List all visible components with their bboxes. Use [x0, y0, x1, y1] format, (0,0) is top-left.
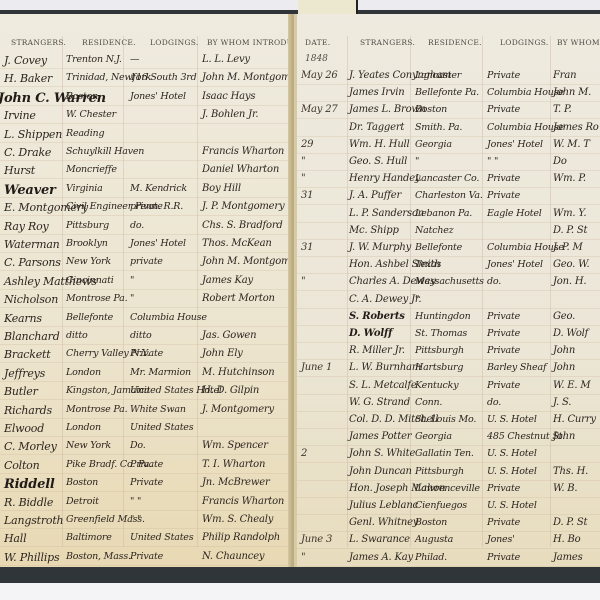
row-rule [0, 565, 292, 566]
row-rule [0, 289, 292, 290]
guest-name: R. Biddle [4, 496, 53, 509]
guest-introduced-by: Francis Wharton [202, 146, 284, 157]
guest-residence: St. Thomas [415, 328, 467, 339]
row-rule [0, 68, 292, 69]
guest-introduced-by: W. E. M [553, 380, 590, 391]
guest-introduced-by: H. Curry [553, 414, 596, 425]
guest-lodgings: Private [487, 517, 520, 528]
row-rule [0, 234, 292, 235]
row-rule [0, 344, 292, 345]
guest-introduced-by: James Ro [553, 122, 599, 133]
row-rule [297, 359, 600, 360]
guest-lodgings: Mr. Marmion [130, 367, 191, 378]
guest-lodgings: " [130, 293, 134, 304]
header-introduced: BY WHOM INTRODUCED. [207, 38, 294, 47]
guest-lodgings: Private [487, 173, 520, 184]
row-rule [297, 118, 600, 119]
guest-lodgings: U. S. Hotel [487, 414, 537, 425]
guest-lodgings: Jones' [487, 534, 515, 545]
guest-introduced-by: John [553, 345, 575, 356]
guest-lodgings: Do. [130, 440, 146, 451]
guest-lodgings: Private [487, 328, 520, 339]
guest-name: C. Morley [4, 440, 57, 453]
row-rule [0, 307, 292, 308]
guest-name: Irvine [4, 109, 36, 122]
guest-introduced-by: H. D. Gilpin [202, 385, 259, 396]
guest-introduced-by: Wm. Spencer [202, 440, 268, 451]
guest-residence: Montrose Pa. [66, 404, 127, 415]
guest-lodgings: do. [487, 276, 501, 287]
guest-residence: Smith. Pa. [415, 122, 462, 133]
header-lodgings: LODGINGS. [500, 38, 549, 47]
entry-date: June 3 [301, 534, 332, 545]
guest-introduced-by: John [553, 362, 575, 373]
guest-residence: London [66, 367, 101, 378]
guest-residence: Charleston Va. [415, 190, 483, 201]
guest-residence: Cincinnati [66, 275, 114, 286]
guest-lodgings: Private [487, 345, 520, 356]
guest-lodgings: " " [487, 156, 498, 167]
guest-name: Ray Roy [4, 220, 49, 233]
guest-introduced-by: James [553, 552, 583, 563]
guest-introduced-by: Isaac Hays [202, 91, 255, 102]
column-rule [123, 36, 124, 547]
guest-name: Hall [4, 532, 26, 545]
guest-name: L. Shippen [4, 128, 62, 141]
guest-residence: Virginia [66, 183, 103, 194]
entry-date: " [301, 552, 305, 563]
row-rule [0, 215, 292, 216]
row-rule [297, 136, 600, 137]
guest-residence: Pittsburg [66, 220, 109, 231]
guest-residence: Pittsburgh [415, 345, 464, 356]
guest-lodgings: United States [130, 532, 193, 543]
guest-introduced-by: John M. [553, 87, 591, 98]
guest-introduced-by: Geo. W. [553, 259, 589, 270]
guest-name: Hurst [4, 164, 35, 177]
header-residence: RESIDENCE. [428, 38, 482, 47]
guest-name: J. A. Puffer [349, 190, 401, 201]
guest-name: Blanchard [4, 330, 60, 343]
row-rule [0, 528, 292, 529]
guest-residence: Lancaster [415, 70, 461, 81]
guest-residence: Lawrenceville [415, 483, 480, 494]
guest-name: Genl. Whitney [349, 517, 418, 528]
guest-residence: St. Louis Mo. [415, 414, 476, 425]
row-rule [0, 270, 292, 271]
right-page: DATE. STRANGERS. RESIDENCE. LODGINGS. BY… [294, 14, 600, 567]
row-rule [0, 362, 292, 363]
row-rule [0, 123, 292, 124]
guest-name: S. Roberts [349, 311, 405, 322]
guest-lodgings: " " [130, 514, 141, 525]
guest-name: Wm. H. Hull [349, 139, 410, 150]
guest-introduced-by: J. Montgomery [202, 404, 274, 415]
entry-date: June 1 [301, 362, 332, 373]
guest-lodgings: U. S. Hotel [487, 448, 537, 459]
guest-residence: W. Chester [66, 109, 116, 120]
guest-name: Mc. Shipp [349, 225, 399, 236]
guest-lodgings: 116 South 3rd [130, 72, 197, 83]
guest-residence: Baltimore [66, 532, 112, 543]
guest-lodgings: Private [487, 311, 520, 322]
guest-residence: Bellefonte [66, 312, 113, 323]
row-rule [297, 497, 600, 498]
guest-name: J. W. Murphy [349, 242, 411, 253]
guest-name: John S. White [349, 448, 415, 459]
guest-lodgings: private [130, 256, 163, 267]
guest-residence: Augusta [415, 534, 453, 545]
guest-residence: London [66, 422, 101, 433]
row-rule [297, 222, 600, 223]
guest-name: Brackett [4, 348, 50, 361]
guest-residence: Boston, Mass. [66, 551, 131, 562]
guest-lodgings: ditto [130, 330, 151, 341]
year-label: 1848 [305, 54, 328, 64]
guest-lodgings: " " [130, 496, 141, 507]
guest-residence: New York [66, 440, 111, 451]
guest-introduced-by: Jon. H. [553, 276, 586, 287]
row-rule [297, 153, 600, 154]
row-rule [297, 548, 600, 549]
guest-introduced-by: N. Chauncey [202, 551, 264, 562]
guest-lodgings: Private [130, 348, 163, 359]
guest-residence: Boston [66, 91, 98, 102]
guest-name: John Duncan [349, 466, 412, 477]
row-rule [297, 480, 600, 481]
guest-name: Langstroth [4, 514, 63, 527]
guest-residence: Natchez [415, 225, 453, 236]
guest-introduced-by: J. P. M [553, 242, 583, 253]
guest-introduced-by: W. B. [553, 483, 577, 494]
row-rule [0, 399, 292, 400]
entry-date: 2 [301, 448, 307, 459]
entry-date: " [301, 173, 305, 184]
header-residence: RESIDENCE. [82, 38, 136, 47]
guest-introduced-by: Boy Hill [202, 183, 241, 194]
guest-residence: Georgia [415, 139, 452, 150]
guest-introduced-by: Wm. S. Chealy [202, 514, 273, 525]
guest-lodgings: U. S. Hotel [487, 466, 537, 477]
row-rule [297, 325, 600, 326]
guest-lodgings: Private [487, 190, 520, 201]
guest-residence: ditto [66, 330, 87, 341]
row-rule [297, 531, 600, 532]
guest-residence: Kentucky [415, 380, 458, 391]
row-rule [0, 510, 292, 511]
guest-lodgings: Barley Sheaf [487, 362, 546, 373]
guest-residence: Moncrieffe [66, 164, 117, 175]
guest-lodgings: Jones' Hotel [130, 238, 186, 249]
guest-residence: New York [66, 256, 111, 267]
guest-name: W. G. Strand [349, 397, 410, 408]
guest-name: C. A. Dewey Jr. [349, 294, 421, 305]
guest-residence: Boston [415, 104, 447, 115]
row-rule [0, 178, 292, 179]
row-rule [0, 473, 292, 474]
guest-introduced-by: James Kay [202, 275, 253, 286]
header-lodgings: LODGINGS. [150, 38, 199, 47]
guest-residence: Philad. [415, 552, 447, 563]
guest-introduced-by: Fran [553, 70, 576, 81]
guest-introduced-by: John M. Montgomery [202, 256, 294, 267]
entry-date: " [301, 156, 305, 167]
guest-introduced-by: Wm. P. [553, 173, 586, 184]
guest-introduced-by: T. I. Wharton [202, 459, 265, 470]
row-rule [0, 381, 292, 382]
guest-name: J. Covey [4, 54, 47, 67]
guest-residence: Pittsburgh [415, 466, 464, 477]
guest-introduced-by: M. Hutchinson [202, 367, 274, 378]
guest-introduced-by: Thos. McKean [202, 238, 272, 249]
row-rule [297, 376, 600, 377]
guest-name: Waterman [4, 238, 60, 251]
guest-introduced-by: J. S. [553, 397, 571, 408]
guest-lodgings: U. S. Hotel [487, 500, 537, 511]
left-page: STRANGERS. RESIDENCE. LODGINGS. BY WHOM … [0, 14, 294, 567]
guest-residence: Hartsburg [415, 362, 463, 373]
row-rule [297, 187, 600, 188]
row-rule [297, 428, 600, 429]
guest-introduced-by: Chs. S. Bradford [202, 220, 283, 231]
guest-lodgings: Eagle Hotel [487, 208, 542, 219]
guest-introduced-by: H. Bo [553, 534, 580, 545]
guest-name: L. W. Burnham [349, 362, 421, 373]
column-rule [197, 36, 198, 547]
guest-name: Butler [4, 385, 38, 398]
guest-introduced-by: Jn. McBrewer [202, 477, 270, 488]
guest-introduced-by: Geo. [553, 311, 575, 322]
guest-lodgings: Private [130, 459, 163, 470]
guest-residence: Bellefonte Pa. [415, 87, 479, 98]
guest-lodgings: Private [130, 477, 163, 488]
row-rule [297, 566, 600, 567]
guest-introduced-by: D. P. St [553, 517, 587, 528]
guest-residence: Lebanon Pa. [415, 208, 472, 219]
guest-introduced-by: John Ely [202, 348, 243, 359]
guest-introduced-by: Daniel Wharton [202, 164, 279, 175]
guest-name: H. Baker [4, 72, 52, 85]
guest-name: Dr. Taggert [349, 122, 404, 133]
guest-lodgings: do. [487, 397, 501, 408]
row-rule [297, 101, 600, 102]
guest-lodgings: Private [487, 70, 520, 81]
guest-name: S. L. Metcalfe [349, 380, 417, 391]
guest-introduced-by: D. Wolf [553, 328, 588, 339]
row-rule [297, 342, 600, 343]
guest-name: Nicholson [4, 293, 58, 306]
guest-name: Riddell [4, 477, 55, 492]
row-rule [0, 86, 292, 87]
row-rule [0, 326, 292, 327]
guest-name: D. Wolff [349, 328, 392, 339]
guest-introduced-by: L. L. Levy [202, 54, 250, 65]
row-rule [0, 546, 292, 547]
row-rule [297, 170, 600, 171]
guest-lodgings: Jones' Hotel [487, 259, 543, 270]
entry-date: 29 [301, 139, 313, 150]
header-date: DATE. [305, 38, 330, 47]
guest-lodgings: White Swan [130, 404, 186, 415]
guest-name: L. P. Sanderson [349, 208, 424, 219]
guest-lodgings: United States [130, 422, 193, 433]
guest-introduced-by: Philip Randolph [202, 532, 280, 543]
header-strangers: STRANGERS. [11, 38, 66, 47]
row-rule [297, 256, 600, 257]
guest-lodgings: Jones' Hotel [130, 91, 186, 102]
guest-name: Henry Handey [349, 173, 420, 184]
guest-name: R. Miller Jr. [349, 345, 405, 356]
guest-residence: Texas [415, 259, 441, 270]
guest-residence: Georgia [415, 431, 452, 442]
guest-lodgings: M. Kendrick [130, 183, 187, 194]
guest-name: W. Phillips [4, 551, 59, 564]
guest-name: James Irvin [349, 87, 405, 98]
guest-introduced-by: T. P. [553, 104, 571, 115]
guest-residence: Trenton N.J. [66, 54, 122, 65]
guest-residence: Brooklyn [66, 238, 108, 249]
guest-residence: Gallatin Ten. [415, 448, 474, 459]
guest-introduced-by: Jas. Gowen [202, 330, 256, 341]
row-rule [0, 142, 292, 143]
guest-residence: Huntingdon [415, 311, 471, 322]
guest-name: Elwood [4, 422, 44, 435]
guest-name: Weaver [4, 183, 56, 198]
guest-residence: " [415, 156, 419, 167]
guest-residence: Schuylkill Haven [66, 146, 144, 157]
guest-introduced-by: D. P. St [553, 225, 587, 236]
row-rule [0, 436, 292, 437]
guest-lodgings: " [130, 275, 134, 286]
guest-introduced-by: Francis Wharton [202, 496, 284, 507]
row-rule [297, 394, 600, 395]
guest-name: Geo. S. Hull [349, 156, 407, 167]
guest-name: C. Parsons [4, 256, 61, 269]
row-rule [0, 418, 292, 419]
row-rule [297, 462, 600, 463]
row-rule [297, 290, 600, 291]
column-rule [347, 36, 348, 547]
entry-date: 31 [301, 190, 313, 201]
guest-introduced-by: Ths. H. [553, 466, 588, 477]
row-rule [0, 252, 292, 253]
guest-residence: Lancaster Co. [415, 173, 479, 184]
guest-introduced-by: Do [553, 156, 567, 167]
guest-lodgings: Private [130, 551, 163, 562]
guest-residence: Civil Engineer Penn. R.R. [66, 201, 183, 212]
row-rule [297, 445, 600, 446]
guest-residence: Bellefonte [415, 242, 462, 253]
guest-residence: Montrose Pa. [66, 293, 127, 304]
row-rule [297, 411, 600, 412]
guest-lodgings: Jones' Hotel [487, 139, 543, 150]
guest-residence: Cienfuegos [415, 500, 467, 511]
guest-introduced-by: W. M. T [553, 139, 590, 150]
guest-residence: Boston [66, 477, 98, 488]
row-rule [297, 308, 600, 309]
scan-background-bottom [0, 583, 600, 600]
guest-introduced-by: J. P. Montgomery [202, 201, 284, 212]
row-rule [297, 204, 600, 205]
entry-date: 31 [301, 242, 313, 253]
column-rule [62, 36, 63, 547]
row-rule [297, 239, 600, 240]
guest-introduced-by: John [553, 431, 575, 442]
guest-lodgings: Columbia House [130, 312, 207, 323]
guest-name: James Potter [349, 431, 411, 442]
guest-lodgings: Private [487, 104, 520, 115]
guest-name: L. Swarance [349, 534, 410, 545]
row-rule [297, 514, 600, 515]
guest-introduced-by: Robert Morton [202, 293, 275, 304]
guest-name: Kearns [4, 312, 42, 325]
guest-introduced-by: John M. Montgomery [202, 72, 294, 83]
row-rule [0, 454, 292, 455]
guest-residence: " [415, 294, 419, 305]
guest-lodgings: — [130, 54, 139, 65]
row-rule [297, 273, 600, 274]
row-rule [0, 160, 292, 161]
guest-lodgings: Private [487, 552, 520, 563]
guest-lodgings: Private [487, 380, 520, 391]
guest-name: C. Drake [4, 146, 51, 159]
guest-residence: Boston [415, 517, 447, 528]
guest-residence: Reading [66, 128, 104, 139]
header-introduced: BY WHOM IN [557, 38, 600, 47]
guest-introduced-by: Wm. Y. [553, 208, 586, 219]
guest-lodgings: private [130, 201, 163, 212]
guest-lodgings: do. [130, 220, 144, 231]
entry-date: " [301, 276, 305, 287]
guest-name: Julius Leblanc [349, 500, 418, 511]
column-rule [482, 36, 483, 547]
guest-lodgings: Private [487, 483, 520, 494]
guest-name: Colton [4, 459, 40, 472]
header-strangers: STRANGERS. [360, 38, 415, 47]
guest-residence: Conn. [415, 397, 442, 408]
guest-introduced-by: J. Bohlen Jr. [202, 109, 258, 120]
entry-date: May 26 [301, 70, 338, 81]
guest-name: Jeffreys [4, 367, 45, 380]
guest-residence: Detroit [66, 496, 99, 507]
row-rule [297, 84, 600, 85]
column-rule [550, 36, 551, 547]
guest-name: James A. Kay [349, 552, 413, 563]
entry-date: May 27 [301, 104, 338, 115]
guest-residence: Massachusetts [415, 276, 484, 287]
guest-name: Richards [4, 404, 52, 417]
